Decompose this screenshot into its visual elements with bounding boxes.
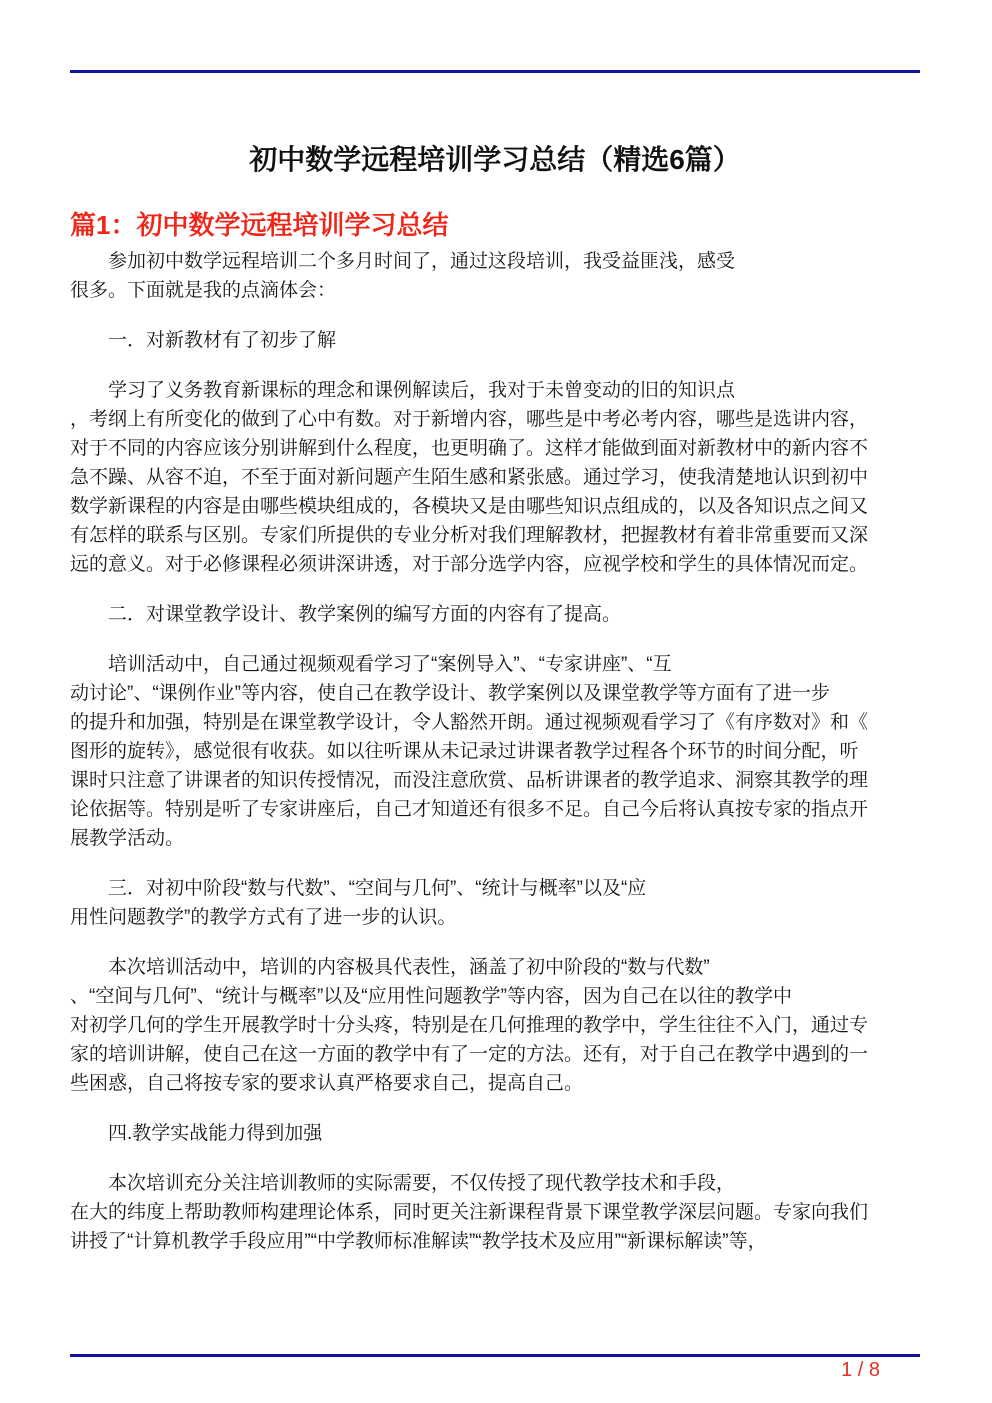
page-number: 1 / 8	[841, 1358, 880, 1382]
paragraph: 三．对初中阶段“数与代数”、“空间与几何”、“统计与概率”以及“应 用性问题教学…	[70, 874, 922, 932]
top-divider-rule	[70, 70, 920, 73]
document-title: 初中数学远程培训学习总结（精选6篇）	[70, 142, 920, 178]
paragraph: 一．对新教材有了初步了解	[70, 326, 922, 355]
paragraph: 参加初中数学远程培训二个多月时间了，通过这段培训，我受益匪浅，感受 很多。下面就…	[70, 247, 922, 305]
document-page: 初中数学远程培训学习总结（精选6篇） 篇1：初中数学远程培训学习总结 参加初中数…	[0, 0, 992, 1403]
section-1-heading: 篇1：初中数学远程培训学习总结	[70, 210, 920, 240]
paragraph: 本次培训充分关注培训教师的实际需要，不仅传授了现代教学技术和手段， 在大的纬度上…	[70, 1169, 922, 1256]
paragraph: 本次培训活动中，培训的内容极具代表性，涵盖了初中阶段的“数与代数” 、“空间与几…	[70, 953, 922, 1098]
paragraph: 培训活动中，自己通过视频观看学习了“案例导入”、“专家讲座”、“互 动讨论”、“…	[70, 650, 922, 853]
paragraph: 四.教学实战能力得到加强	[70, 1119, 922, 1148]
document-body: 参加初中数学远程培训二个多月时间了，通过这段培训，我受益匪浅，感受 很多。下面就…	[70, 247, 922, 1277]
footer-divider-rule	[70, 1354, 920, 1357]
paragraph: 二．对课堂教学设计、教学案例的编写方面的内容有了提高。	[70, 600, 922, 629]
paragraph: 学习了义务教育新课标的理念和课例解读后，我对于未曾变动的旧的知识点 ，考纲上有所…	[70, 376, 922, 579]
